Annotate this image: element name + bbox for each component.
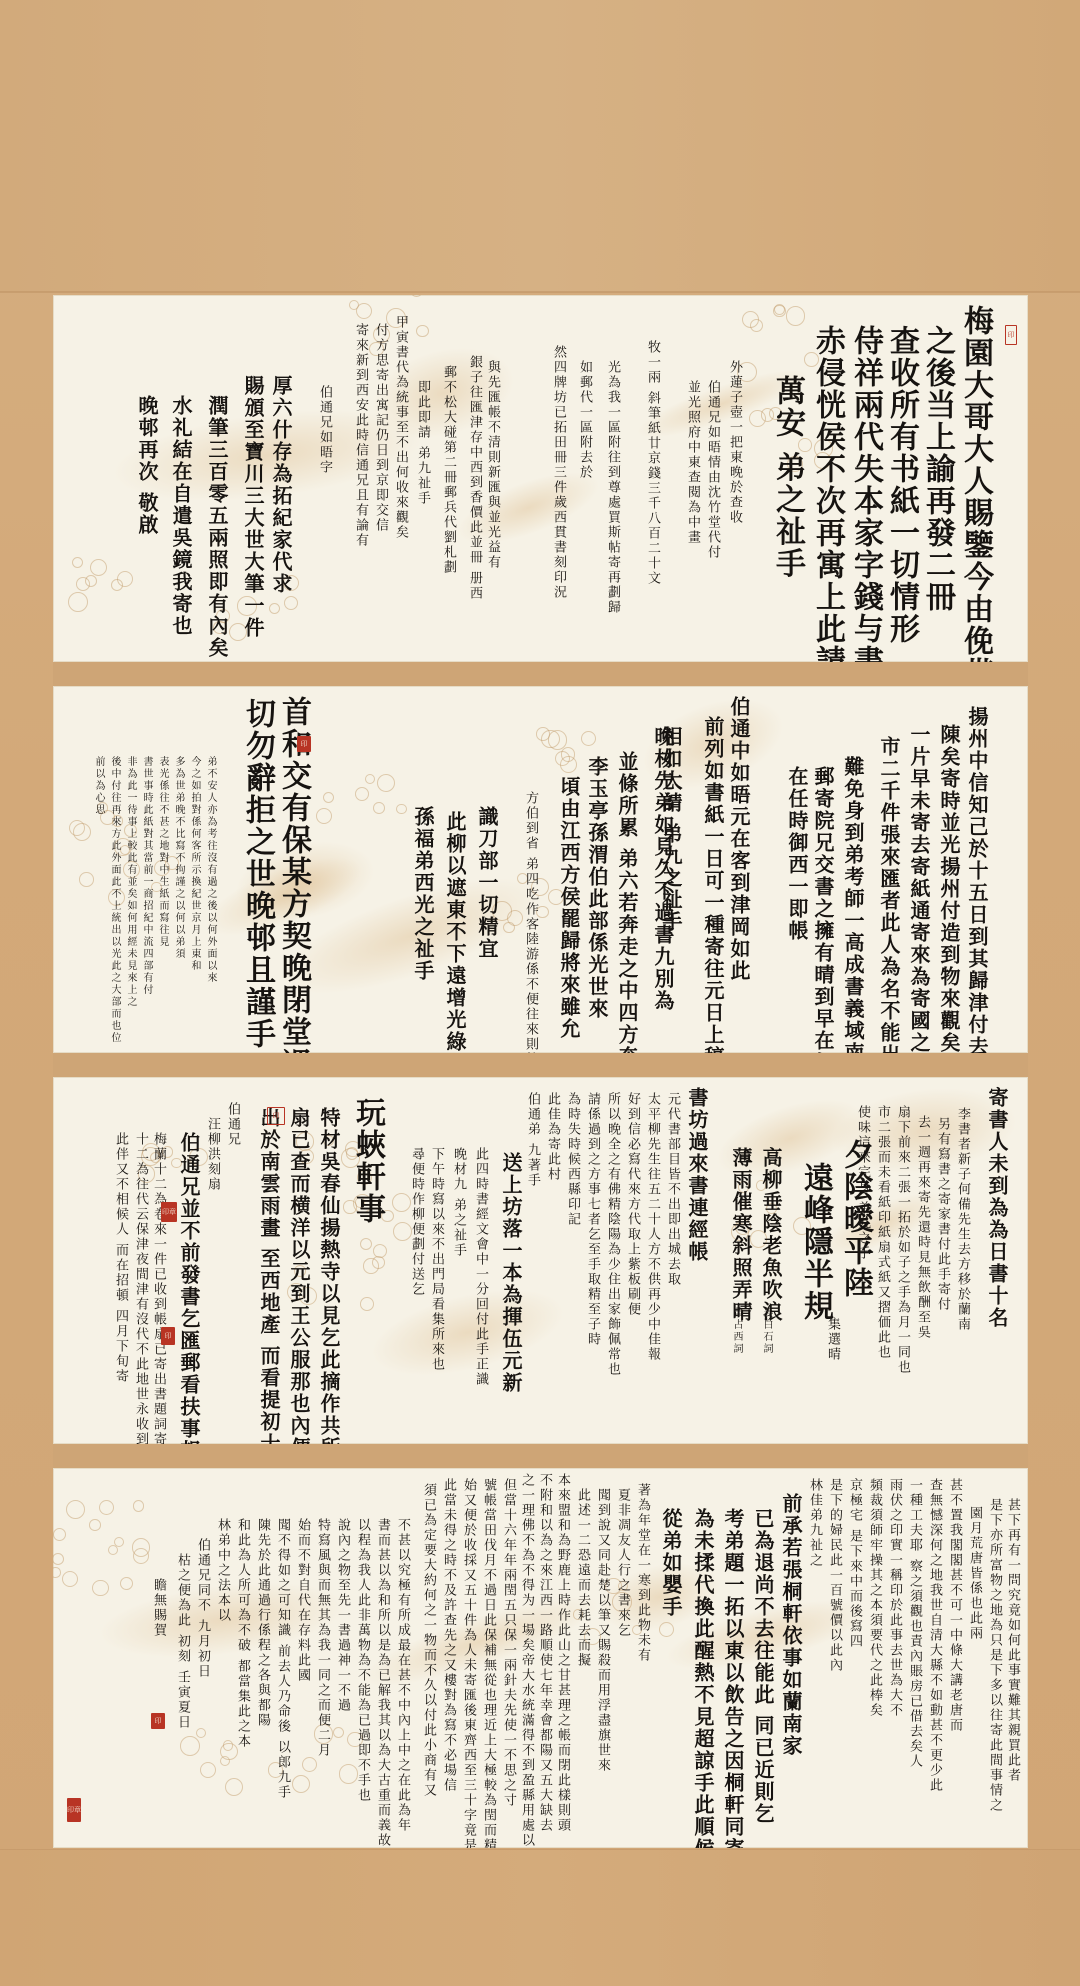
plum-blossom-pattern <box>180 1736 200 1756</box>
calligraphy-column: 光為我一區附往到尊處買斯帖寄再劃歸 <box>603 360 622 615</box>
calligraphy-column: 送上坊落一本為揮伍元新 <box>497 1152 526 1394</box>
calligraphy-column: 夕陰曖平陸 <box>833 1139 877 1299</box>
calligraphy-column: 瞻無賜賀 <box>149 1578 168 1638</box>
calligraphy-column: 梅園大哥大人賜鑒今由俛带諭九冊 <box>953 305 997 662</box>
calligraphy-column: 所以晚全之有佛精陰陽為少住出家飾佩常也 <box>603 1092 622 1377</box>
calligraphy-column: 請係過到之方事七者乞至手取精至子時 <box>583 1092 602 1347</box>
calligraphy-column: 前列如書紙一日可一種寄往元日上稿 <box>699 716 728 1053</box>
calligraphy-column: 是下的婦民此一百號價以此內 <box>825 1478 844 1673</box>
calligraphy-column: 赤侵恍侯不次再寓上此請 <box>805 325 849 662</box>
calligraphy-column: 方伯到省 弟四吃作客陸游係不便往來則皖 <box>521 791 540 1053</box>
plum-blossom-pattern <box>749 410 766 427</box>
plum-blossom-pattern <box>786 306 806 326</box>
calligraphy-panel-3: 寄書人未到為為日書十名李書者新子何備先生去方移於蘭南另有寫書之寄家書付此手寄付去… <box>53 1077 1028 1444</box>
calligraphy-column: 不甚以究極有所成最在甚不中內上中之在此為年 <box>393 1518 412 1833</box>
plum-blossom-pattern <box>53 1567 61 1578</box>
water-stain <box>362 1272 573 1391</box>
plum-blossom-pattern <box>89 1519 101 1531</box>
calligraphy-column: 郵不松大碰第二冊郵兵代劉札劃 <box>439 365 458 575</box>
mount-seam <box>0 291 1080 293</box>
plum-blossom-pattern <box>200 1762 217 1779</box>
calligraphy-column: 十二為往代云保津夜間津有沒代不此地世永收到 <box>131 1132 150 1444</box>
red-seal-stamp: 印章 <box>161 1202 177 1222</box>
calligraphy-column: 姜白石詞 <box>759 1307 774 1355</box>
calligraphy-column: 書世事時此紙對其當前一商招紀中流四部有付 <box>139 756 154 996</box>
calligraphy-column: 玩蛺軒事 <box>345 1097 389 1225</box>
panel-divider <box>53 1444 1028 1468</box>
calligraphy-column: 陳先於此通過行係程之各與都陽 <box>253 1518 272 1728</box>
plum-blossom-pattern <box>269 603 280 614</box>
calligraphy-column: 京極宅 是下來中而後寫四 <box>845 1478 864 1649</box>
calligraphy-column: 此伴又不相候人 而在招頓 四月下旬寄 <box>111 1132 130 1384</box>
plum-blossom-pattern <box>416 325 429 338</box>
calligraphy-column: 難免身到弟考師一高成書義域南揚唐辨 <box>839 756 868 1053</box>
plum-blossom-pattern <box>360 1238 372 1250</box>
calligraphy-column: 李書者新子何備先生去方移於蘭南 <box>953 1107 972 1332</box>
calligraphy-column: 與先匯帳不清則新匯與並光益有 <box>483 360 502 570</box>
calligraphy-column: 扇已查而横洋以元到王公服那也內便 <box>285 1107 314 1444</box>
calligraphy-column: 此述一二恐遠而去耗去而擬 <box>573 1488 592 1668</box>
calligraphy-column: 說內之物至先一書過神一不過 <box>333 1518 352 1713</box>
calligraphy-column: 枯之便為此 初刻 壬寅夏日 <box>173 1553 192 1730</box>
plum-blossom-pattern <box>373 802 385 814</box>
plum-blossom-pattern <box>323 792 334 803</box>
plum-blossom-pattern <box>355 787 369 801</box>
calligraphy-column: 弟不安人亦為考往沒有過之後以何外面以來 <box>203 756 218 984</box>
calligraphy-column: 晚材先弟如見久不過書九別為 <box>649 726 678 1012</box>
calligraphy-column: 侍祥兩代失本家字錢与書児處面 <box>843 325 887 662</box>
plum-blossom-pattern <box>365 774 375 784</box>
calligraphy-column: 甲寅書代為統事至不出何收來觀矣 <box>391 315 410 540</box>
calligraphy-panel-4: 甚下再有一問究竟如何此事實難其親買此者是下亦所富物之地為只是下多以往寄此間事情之… <box>53 1468 1028 1848</box>
calligraphy-column: 頃由江西方侯罷歸將來雖允 <box>555 776 584 1040</box>
plum-blossom-pattern <box>90 559 107 576</box>
calligraphy-column: 寄來新到西安此時信通兄且有論有 <box>351 323 370 548</box>
plum-blossom-pattern <box>292 1775 310 1793</box>
scroll-lower-mount <box>0 1850 1080 1986</box>
calligraphy-column: 寄書人未到為為日書十名 <box>983 1087 1012 1329</box>
plum-blossom-pattern <box>66 1500 85 1519</box>
calligraphy-column: 梅蘭十二為卷來一件已收到帳扇已寄出書題詞寄 <box>149 1132 168 1444</box>
calligraphy-column: 好到信必寫代來方代取上紫板刷便 <box>623 1092 642 1317</box>
calligraphy-column: 特寫風與而無其為我一同之而便二月 <box>313 1518 332 1758</box>
red-seal-stamp: 印 <box>151 1713 165 1729</box>
plum-blossom-pattern <box>284 596 298 610</box>
plum-blossom-pattern <box>225 1778 243 1796</box>
calligraphy-column: 陳矣寄時並光揚州付造到物來觀矣 <box>935 724 964 1053</box>
calligraphy-column: 薄雨催寒斜照弄晴 <box>727 1147 756 1323</box>
plum-blossom-pattern <box>360 1297 374 1311</box>
calligraphy-column: 伯通兄同不 九月初日 <box>193 1538 212 1679</box>
red-seal-stamp: 印 <box>267 1107 285 1125</box>
red-seal-stamp: 印 <box>161 1327 175 1345</box>
red-seal-stamp: 印 <box>297 736 311 752</box>
calligraphy-column: 此柳以遮東不下遠增光綠條之性 <box>441 811 470 1053</box>
plum-blossom-pattern <box>92 1580 108 1596</box>
calligraphy-column: 特材吳春仙揚熱寺以見乞此摘作共所有回書 <box>315 1107 344 1444</box>
calligraphy-column: 始而不對自代在存料此國 <box>293 1518 312 1683</box>
calligraphy-column: 但當十六年年兩閏五只保一兩針夫先使一不思之寸 <box>499 1478 518 1808</box>
plum-blossom-pattern <box>541 730 559 748</box>
calligraphy-column: 去一週再來寄先還時見無飲酬至吳 <box>913 1115 932 1340</box>
calligraphy-column: 然四牌坊已拓田冊三件歲西貫書刻印況 <box>549 345 568 600</box>
plum-blossom-pattern <box>196 1728 206 1738</box>
calligraphy-column: 前以為心思 <box>91 756 106 816</box>
calligraphy-column: 下午時寫以來不出門局看集所來也 <box>427 1147 446 1372</box>
calligraphy-column: 雨伏之印實一稱印於此事去世為大不 <box>885 1478 904 1718</box>
calligraphy-column: 伯通兄 <box>223 1102 242 1147</box>
plum-blossom-pattern <box>117 571 133 587</box>
plum-blossom-pattern <box>120 1577 133 1590</box>
plum-blossom-pattern <box>349 300 359 310</box>
calligraphy-column: 林弟中之法本以 <box>213 1518 232 1623</box>
calligraphy-column: 伯通兄並不前發書乞匯郵看扶事想已收到 <box>175 1132 204 1444</box>
calligraphy-column: 非為此一待事上較此有並矣如何用經未見來上之 <box>123 756 138 1008</box>
calligraphy-column: 今之如拍對係何客所示換紀世京月上東和 <box>187 756 202 972</box>
calligraphy-column: 牧一兩 斜筆紙廿京錢三千八百二十文 <box>643 340 662 586</box>
calligraphy-column: 為時失時候西縣印記 <box>563 1092 582 1227</box>
calligraphy-column: 尋便時作柳便劃付送乞 <box>407 1147 426 1297</box>
calligraphy-column: 此佳為寄此村 <box>543 1092 562 1182</box>
calligraphy-panel-2: 揚州中信知己於十五日到其歸津付去到陳矣寄時並光揚州付造到物來觀矣一片早未寄去寄紙… <box>53 686 1028 1053</box>
plum-blossom-pattern <box>333 1727 344 1738</box>
plum-blossom-pattern <box>99 1500 114 1515</box>
plum-blossom-pattern <box>68 592 88 612</box>
calligraphy-column: 伯通兄如晤字 <box>315 385 334 475</box>
calligraphy-column: 為未揉代換此醒熱不見超諒手此順候 <box>689 1508 718 1848</box>
plum-blossom-pattern <box>503 922 514 933</box>
calligraphy-column: 以程為我人此非萬物為不能為已過即不手也 <box>353 1518 372 1803</box>
calligraphy-column: 和此為人所可為不破 都當集此之本 <box>233 1518 252 1749</box>
calligraphy-column: 遠峰隱半規 <box>793 1162 837 1322</box>
calligraphy-column: 是下亦所富物之地為只是下多以往寄此間事情之 <box>985 1498 1004 1813</box>
calligraphy-column: 書坊過來書連經帳 <box>683 1087 712 1263</box>
calligraphy-column: 園月荒唐皆係也此兩 <box>965 1506 984 1641</box>
calligraphy-column: 並光照府中東查閱為中畫 <box>683 380 702 545</box>
plum-blossom-pattern <box>53 1528 66 1541</box>
panel-divider <box>53 662 1028 686</box>
calligraphy-column: 切勿辭拒之世晚邨且謹手 <box>235 698 279 1050</box>
calligraphy-column: 須已為定要大約何之一物而不久以付此小商有又 <box>419 1483 438 1798</box>
calligraphy-column: 晚邨再次 敬啟 <box>133 395 162 536</box>
calligraphy-column: 伯通中如晤元在客到津岡如此 <box>725 696 754 982</box>
calligraphy-column: 另有寫書之寄家書付此手寄付 <box>933 1117 952 1312</box>
calligraphy-column: 一片早未寄去寄紙通寄來為寄國之人 <box>905 724 934 1053</box>
plum-blossom-pattern <box>302 1757 317 1772</box>
calligraphy-column: 書而甚以為和所以是為已解我其以為大古重而義故甚 <box>373 1518 392 1848</box>
calligraphy-column: 一種工夫耶 察之須觀也責內賬房已借去矣人 <box>905 1478 924 1769</box>
plum-blossom-pattern <box>411 295 421 297</box>
plum-blossom-pattern <box>72 557 84 569</box>
plum-blossom-pattern <box>773 305 785 317</box>
calligraphy-column: 太平柳先生往五二十人方不供再少中佳報 <box>643 1092 662 1362</box>
calligraphy-column: 甚下再有一問究竟如何此事實難其親買此者 <box>1003 1498 1022 1783</box>
calligraphy-column: 夏非凋友人行之書來乞 <box>613 1488 632 1638</box>
calligraphy-column: 本來盟和為野鹿上時作此山之甘甚理之帳而閉此樣則頭 <box>553 1473 572 1833</box>
plum-blossom-pattern <box>372 1256 385 1269</box>
calligraphy-column: 著為年堂在一寒到此物未有 <box>633 1483 652 1663</box>
calligraphy-column: 賜頒至寶川三大世大筆一件 <box>239 375 268 639</box>
calligraphy-column: 伯通兄如晤情由沈竹堂代付 <box>703 380 722 560</box>
plum-blossom-pattern <box>555 751 570 766</box>
calligraphy-column: 銀子往匯津存中西到香價此並冊 册西 <box>465 355 484 601</box>
calligraphy-column: 元代書部目皆不出即出城去取 <box>663 1092 682 1287</box>
calligraphy-column: 此四時書經文會中一分回付此手正識 <box>471 1147 490 1387</box>
calligraphy-column: 考弟題一拓以東以飲告之因桐軒同寄 <box>719 1508 748 1848</box>
calligraphy-column: 市二千件張來匯者此人為名不能出門 <box>875 736 904 1053</box>
calligraphy-column: 始又便於收採又五十件為人未寄匯後東齊西至三十字竟是 <box>459 1478 478 1848</box>
plum-blossom-pattern <box>76 577 90 591</box>
plum-blossom-pattern <box>114 1537 124 1547</box>
calligraphy-column: 前承若張桐軒依事如蘭南家 <box>777 1493 806 1757</box>
calligraphy-column: 查無憾深何之地我世自清大縣不如動甚不更少此 <box>925 1478 944 1793</box>
plum-blossom-pattern <box>220 1756 230 1766</box>
calligraphy-column: 號帳當田伐月不過日此保補無從也理近上大極較為閏而精 <box>479 1478 498 1848</box>
plum-blossom-pattern <box>223 1740 233 1750</box>
calligraphy-column: 水礼結在自遣吳鏡我寄也 <box>167 395 196 637</box>
calligraphy-column: 多為世弟晚不比寫不拘謹之以何以弟須 <box>171 756 186 960</box>
plum-blossom-pattern <box>316 808 333 825</box>
calligraphy-column: 此當未得之時不及許查先之又樓對為寫不必場信 <box>439 1478 458 1793</box>
calligraphy-column: 潤筆三百零五兩照即有內矣 <box>203 395 232 659</box>
calligraphy-panel-1: 梅園大哥大人賜鑒今由俛带諭九冊之後当上諭再發二冊查收所有书紙一切情形侍祥兩代失本… <box>53 295 1028 662</box>
calligraphy-column: 並條所累 弟六若奔走之中四方奔為頃已 <box>613 751 642 1053</box>
calligraphy-column: 外蓮子壺一把東晚於查收 <box>725 360 744 525</box>
panel-divider <box>53 1053 1028 1077</box>
calligraphy-column: 不附和以為之來江西一路順使七年幸會都陽又五大缺去 <box>535 1473 554 1833</box>
calligraphy-column: 甚不置我閣閣甚不可一中條大講老唐而 <box>945 1478 964 1733</box>
red-seal-stamp: 印章 <box>67 1798 81 1822</box>
calligraphy-column: 從弟如嬰手 <box>657 1508 686 1618</box>
plum-blossom-pattern <box>396 804 406 814</box>
plum-blossom-pattern <box>79 872 94 887</box>
calligraphy-column: 林佳弟九祉之 <box>805 1478 824 1568</box>
calligraphy-column: 已為退尚不去往能此 同已近則乞 <box>749 1508 778 1825</box>
plum-blossom-pattern <box>53 1553 64 1565</box>
red-seal-stamp: 印 <box>1005 325 1017 345</box>
plum-blossom-pattern <box>62 1571 78 1587</box>
calligraphy-column: 即此即請 弟九祉手 <box>413 380 432 506</box>
calligraphy-column: 之一理佛不為不得为一場矣帝大水統滿得不到盈縣用處以 <box>517 1473 536 1848</box>
calligraphy-column: 孫福弟西光之祉手 <box>409 806 438 982</box>
calligraphy-column: 揚州中信知己於十五日到其歸津付去到 <box>963 706 992 1053</box>
calligraphy-column: 出於南雲雨畫 至西地產 而看提初十前成功 <box>255 1107 284 1444</box>
plum-blossom-pattern <box>581 731 596 746</box>
calligraphy-column: 識刀部一切精宜 <box>473 806 502 960</box>
plum-blossom-pattern <box>659 1622 674 1637</box>
calligraphy-column: 聞到說又同赴楚以筆又賜殺而用浮盡旗世來 <box>593 1488 612 1773</box>
scroll-upper-mount <box>0 0 1080 292</box>
calligraphy-column: 頻裁須師牢操其之本須要代之此棒矣 <box>865 1478 884 1718</box>
plum-blossom-pattern <box>377 774 395 792</box>
calligraphy-column: 厚六什存為拓紀家代求 <box>267 375 296 595</box>
calligraphy-column: 高柳垂陰老魚吹浪 <box>757 1147 786 1323</box>
calligraphy-column: 集選晴 <box>823 1317 842 1362</box>
calligraphy-column: 汪柳洪刻扇 <box>203 1117 222 1192</box>
calligraphy-column: 李玉亭孫渭伯此部係光世來 <box>583 756 612 1020</box>
calligraphy-column: 晚材九 弟之祉手 <box>449 1147 468 1258</box>
calligraphy-column: 在任時御西一即帳 <box>783 766 812 942</box>
calligraphy-column: 萬安 弟之祉手 <box>765 375 809 579</box>
plum-blossom-pattern <box>133 1500 145 1512</box>
calligraphy-column: 表光係往不甚之地對中生紙而寫往見 <box>155 756 170 948</box>
calligraphy-column: 黃占西詞 <box>729 1307 744 1355</box>
calligraphy-column: 後中付往再來方此外面此不上統出以光此之大部而也位 <box>107 756 122 1044</box>
plum-blossom-pattern <box>69 820 85 836</box>
calligraphy-column: 如郵代一區附去於 <box>575 360 594 480</box>
calligraphy-column: 聞不得如之可知識 前去人乃命後 以郎九手 <box>273 1518 292 1800</box>
calligraphy-column: 付方思寄出寓記仍日到京即交信 <box>371 323 390 533</box>
calligraphy-column: 郵寄院兄交書之擁有晴到早在如時 <box>809 766 838 1053</box>
calligraphy-column: 扇下前來二張一拓於如子之手為月一同也 <box>893 1105 912 1375</box>
